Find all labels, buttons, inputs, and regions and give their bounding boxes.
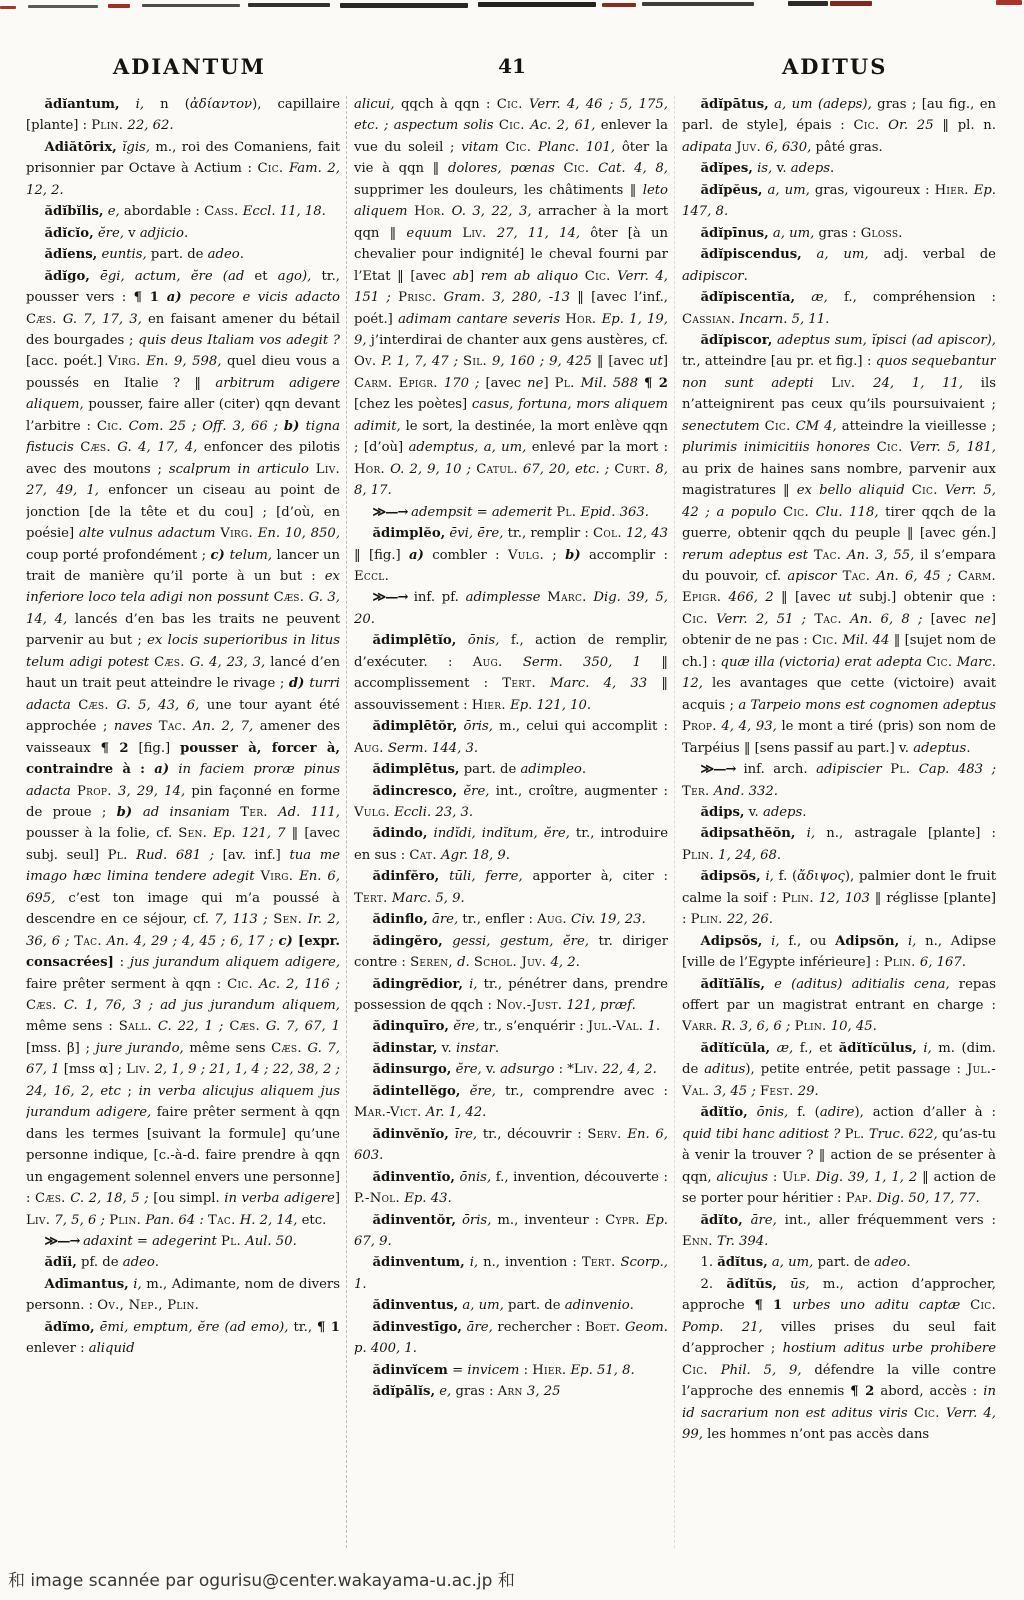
column-1: ădĭantum, i, n (ἀδίαντον), capillaire [p… [26,94,340,1560]
dictionary-entry: ădĭbĭlis, e, abordable : Cass. Eccl. 11,… [26,201,340,222]
dictionary-entry: ădimplētŏr, ōris, m., celui qui accompli… [354,716,668,759]
dictionary-entry: ≫—→ inf. arch. adipiscier Pl. Cap. 483 ;… [682,759,996,802]
dictionary-entry: ădintellĕgo, ĕre, tr., comprendre avec :… [354,1081,668,1124]
dictionary-entry: ădĭens, euntis, part. de adeo. [26,244,340,265]
dictionary-entry: ≫—→ adempsit = ademerit Pl. Epid. 363. [354,502,668,523]
scan-artifact [108,4,130,8]
dictionary-entry: Adipsŏs, i, f., ou Adipsŏn, i, n., Adips… [682,931,996,974]
dictionary-entry: ădinventĭo, ōnis, f., invention, découve… [354,1167,668,1210]
dictionary-entry: ădimplētĭo, ōnis, f., action de remplir,… [354,630,668,716]
header-right-catchword: ADITUS [673,54,996,79]
dictionary-entry: alicui, qqch à qqn : Cic. Verr. 4, 46 ; … [354,94,668,502]
dictionary-entry: ădinventum, i, n., invention : Tert. Sco… [354,1252,668,1295]
dictionary-entry: ădĭcĭo, ĕre, v adjicio. [26,223,340,244]
page-header: ADIANTUM 41 ADITUS [28,54,996,79]
dictionary-entry: ădindo, indĭdi, indĭtum, ĕre, tr., intro… [354,823,668,866]
scan-artifact [788,1,828,6]
dictionary-entry: Adīmantus, i, m., Adimante, nom de diver… [26,1274,340,1317]
dictionary-entry: ădĭgo, ēgi, actum, ĕre (ad et ago), tr.,… [26,266,340,1231]
dictionary-entry: ădipsŏs, i, f. (ἄδιψος), palmier dont le… [682,866,996,930]
dictionary-entry: Adiătōrix, ĭgis, m., roi des Comaniens, … [26,137,340,201]
dictionary-entry: ădĭpiscor, adeptus sum, ĭpisci (ad apisc… [682,330,996,759]
dictionary-entry: ădincresco, ĕre, int., croître, augmente… [354,781,668,824]
dictionary-entry: ădinflo, āre, tr., enfler : Aug. Civ. 19… [354,909,668,930]
dictionary-entry: ădĭpīnus, a, um, gras : Gloss. [682,223,996,244]
column-2: alicui, qqch à qqn : Cic. Verr. 4, 46 ; … [354,94,668,1560]
dictionary-entry: ădĭtĭo, ōnis, f. (adire), action d’aller… [682,1102,996,1209]
scan-artifact [996,0,1022,5]
dictionary-entry: ădinvĕnĭo, īre, tr., découvrir : Serv. E… [354,1124,668,1167]
dictionary-entry: ădĭpātus, a, um (adeps), gras ; [au fig.… [682,94,996,158]
column-separator [674,96,675,1548]
dictionary-entry: 1. ădĭtus, a, um, part. de adeo. [682,1252,996,1273]
scan-artifact [0,6,16,9]
dictionary-entry: ădĭpiscentĭa, æ, f., compréhension : Cas… [682,287,996,330]
scan-artifact [248,3,330,7]
dictionary-entry: ădinstar, v. instar. [354,1038,668,1059]
scan-artifact [642,2,754,6]
scan-artifact [340,3,468,8]
dictionary-entry: ădĭpālĭs, e, gras : Arn 3, 25 [354,1381,668,1402]
dictionary-entry: ădinvestīgo, āre, rechercher : Boet. Geo… [354,1317,668,1360]
scan-artifact [28,5,98,8]
dictionary-entry: ădĭantum, i, n (ἀδίαντον), capillaire [p… [26,94,340,137]
dictionary-entry: ădinventus, a, um, part. de adinvenio. [354,1295,668,1316]
dictionary-entry: ădingĕro, gessi, gestum, ĕre, tr. dirige… [354,931,668,974]
dictionary-entry: ădĭmo, ēmi, emptum, ĕre (ad emo), tr., ¶… [26,1317,340,1360]
dictionary-entry: ădĭto, āre, int., aller fréquemment vers… [682,1210,996,1253]
dictionary-page: ADIANTUM 41 ADITUS ădĭantum, i, n (ἀδίαν… [0,0,1024,1600]
dictionary-entry: ădĭtĭcŭla, æ, f., et ădĭtĭcŭlus, i, m. (… [682,1038,996,1102]
dictionary-entry: ădinquīro, ĕre, tr., s’enquérir : Jul.-V… [354,1016,668,1037]
dictionary-entry: ădĭi, pf. de adeo. [26,1252,340,1273]
page-number: 41 [351,54,674,79]
header-left-catchword: ADIANTUM [28,54,351,79]
dictionary-entry: ădĭpes, is, v. adeps. [682,158,996,179]
text-columns: ădĭantum, i, n (ἀδίαντον), capillaire [p… [26,94,998,1560]
dictionary-entry: ădinfĕro, tūli, ferre, apporter à, citer… [354,866,668,909]
dictionary-entry: ≫—→ adaxint = adegerint Pl. Aul. 50. [26,1231,340,1252]
column-3: ădĭpātus, a, um (adeps), gras ; [au fig.… [682,94,996,1560]
dictionary-entry: ădimplētus, part. de adimpleo. [354,759,668,780]
dictionary-entry: 2. ădĭtŭs, ūs, m., action d’approcher, a… [682,1274,996,1446]
dictionary-entry: ădinvĭcem = invicem : Hier. Ep. 51, 8. [354,1360,668,1381]
dictionary-entry: ădĭtĭālĭs, e (aditus) aditialis cena, re… [682,974,996,1038]
column-separator [346,96,347,1548]
dictionary-entry: ădingrĕdior, i, tr., pénétrer dans, pren… [354,974,668,1017]
scan-footer-note: 和 image scannée par ogurisu@center.wakay… [8,1566,515,1591]
dictionary-entry: ădipsathĕŏn, i, n., astragale [plante] :… [682,823,996,866]
dictionary-entry: ădĭpĕus, a, um, gras, vigoureux : Hier. … [682,180,996,223]
scan-artifact [830,1,872,6]
dictionary-entry: ădĭpiscendus, a, um, adj. verbal de adip… [682,244,996,287]
dictionary-entry: ădinsurgo, ĕre, v. adsurgo : *Liv. 22, 4… [354,1059,668,1080]
dictionary-entry: ădips, v. adeps. [682,802,996,823]
dictionary-entry: ≫—→ inf. pf. adimplesse Marc. Dig. 39, 5… [354,587,668,630]
scan-artifact [142,4,240,7]
scan-artifact [602,3,636,7]
dictionary-entry: ădinventŏr, ōris, m., inventeur : Cypr. … [354,1210,668,1253]
scan-artifact [478,2,596,7]
dictionary-entry: ădimplĕo, ēvi, ēre, tr., remplir : Col. … [354,523,668,587]
